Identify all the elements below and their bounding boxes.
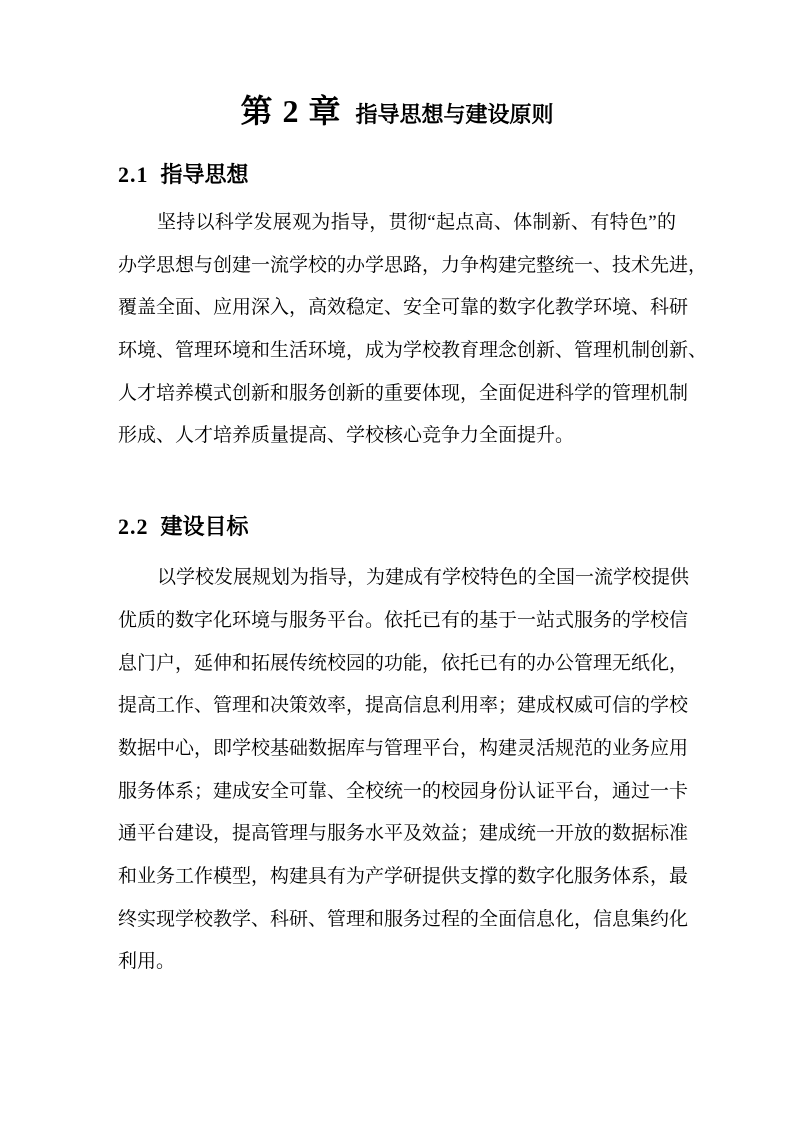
section-number: 2.1 xyxy=(118,162,149,187)
paragraph-line: 终实现学校教学、科研、管理和服务过程的全面信息化，信息集约化 xyxy=(118,899,676,942)
paragraph-line: 环境、管理环境和生活环境，成为学校教育理念创新、管理机制创新、 xyxy=(118,330,676,373)
paragraph-line: 覆盖全面、应用深入，高效稳定、安全可靠的数字化教学环境、科研 xyxy=(118,287,676,330)
paragraph-line: 坚持以科学发展观为指导，贯彻“起点高、体制新、有特色”的 xyxy=(118,202,676,245)
paragraph-line: 利用。 xyxy=(118,941,676,984)
paragraph-line: 服务体系；建成安全可靠、全校统一的校园身份认证平台，通过一卡 xyxy=(118,771,676,814)
chapter-heading: 第 2 章指导思想与建设原则 xyxy=(118,88,676,134)
paragraph-line: 优质的数字化环境与服务平台。依托已有的基于一站式服务的学校信 xyxy=(118,600,676,643)
section-2-1-paragraph: 坚持以科学发展观为指导，贯彻“起点高、体制新、有特色”的 办学思想与创建一流学校… xyxy=(118,202,676,458)
paragraph-line: 提高工作、管理和决策效率，提高信息利用率；建成权威可信的学校 xyxy=(118,685,676,728)
section-number: 2.2 xyxy=(118,514,149,539)
section-heading-2-1: 2.1指导思想 xyxy=(118,160,676,190)
paragraph-line: 息门户，延伸和拓展传统校园的功能，依托已有的办公管理无纸化， xyxy=(118,643,676,686)
section-title: 指导思想 xyxy=(161,162,249,187)
paragraph-line: 形成、人才培养质量提高、学校核心竞争力全面提升。 xyxy=(118,415,676,458)
section-2-2-paragraph: 以学校发展规划为指导，为建成有学校特色的全国一流学校提供 优质的数字化环境与服务… xyxy=(118,557,676,984)
section-title: 建设目标 xyxy=(161,514,249,539)
chapter-title: 指导思想与建设原则 xyxy=(356,102,554,127)
chapter-number: 第 2 章 xyxy=(240,93,341,129)
paragraph-line: 以学校发展规划为指导，为建成有学校特色的全国一流学校提供 xyxy=(118,557,676,600)
section-heading-2-2: 2.2建设目标 xyxy=(118,512,676,542)
paragraph-line: 人才培养模式创新和服务创新的重要体现，全面促进科学的管理机制 xyxy=(118,373,676,416)
paragraph-line: 办学思想与创建一流学校的办学思路，力争构建完整统一、技术先进， xyxy=(118,245,676,288)
document-page: 第 2 章指导思想与建设原则 2.1指导思想 坚持以科学发展观为指导，贯彻“起点… xyxy=(0,0,793,1122)
paragraph-line: 和业务工作模型，构建具有为产学研提供支撑的数字化服务体系，最 xyxy=(118,856,676,899)
paragraph-line: 通平台建设，提高管理与服务水平及效益；建成统一开放的数据标准 xyxy=(118,813,676,856)
paragraph-line: 数据中心，即学校基础数据库与管理平台，构建灵活规范的业务应用 xyxy=(118,728,676,771)
